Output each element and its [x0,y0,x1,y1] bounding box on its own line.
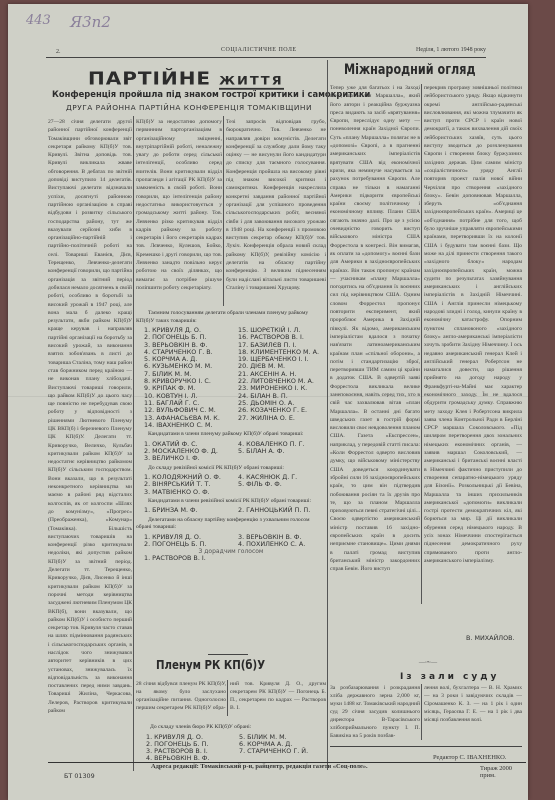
column-rule [421,684,422,740]
issue-date: Неділя, 1 лютого 1948 року [416,47,486,53]
plenum-intro: Таємним голосуванням делегати обрали чле… [136,310,326,325]
column-rule [227,680,228,716]
list-item: 27. ЖИЛІНА О. Е. [238,415,326,422]
party-article-column-1: 27—28 січня делегати другої районної пар… [48,118,132,768]
international-column-1: Тепер уже для багатьох і на Заході ясно,… [330,84,420,604]
list-item: 1. РАСТВОРОВ В. І. [144,555,232,562]
audit-commission-list: 1. КОЛОДЯЖНИЙ О. Ф.4. КАСЯНЮК Д. Г.2. ВІ… [136,474,326,496]
party-article-column-2: КП(б)У за недостатню допомогу первинним … [136,118,222,306]
article-author: В. МИХАЙЛОВ. [466,634,515,642]
section-title-party-life: ПАРТІЙНЕ ЖИТТЯ [88,67,284,89]
list-item [238,455,326,462]
list-item: 5. ФІЛЬ Ф. Ф. [238,481,326,488]
bureau-section: До складу членів бюро РК КП(б)У обрані: … [138,722,326,763]
international-column-2: перекрив програму зовнішньої політики ле… [424,84,522,604]
international-review-title: Міжнародний огляд [344,62,476,78]
list-item: 3. МАТВІЄНКО О. Ф. [144,489,232,496]
candidates-intro: Кандидатами в члени пленуму райкому КП(б… [136,431,326,439]
censor-code: БТ 01309 [64,772,95,780]
ornament-divider: —◦•◦— [398,660,458,666]
list-item: 14. ІВАХНЕНКО С. М. [144,422,232,429]
column-rule [223,116,224,306]
election-lists: Таємним голосуванням делегати обрали чле… [136,308,326,563]
article-headline: Конференція пройшла під знаком гострої к… [52,90,370,100]
party-article-column-3: Тезі запросів відповідав грубо, бюрократ… [226,118,326,306]
print-run: Тираж 2000 прим. [480,765,528,779]
list-item [238,422,326,429]
separator [330,746,522,747]
bureau-intro: До складу членів бюро РК КП(б)У обрані: [138,724,326,732]
newspaper-page: 443 Я3п2 2. СОЦІАЛІСТИЧНЕ ПОЛЕ Неділя, 1… [8,4,528,800]
plenum-column-2: ний тов. Кривуля Д. О., другим секретаре… [230,680,326,716]
list-item: 2. ГАННОЦЬКИЙ П. П. [238,507,326,514]
advisory-delegates-list: 1. РАСТВОРОВ В. І. [136,555,326,562]
list-item: 7. СТАРИЧЕНКО Г. Й. [239,748,326,755]
column-rule [133,116,134,771]
list-item: 3. ВЕЛИЧКО І. Ф. [144,455,232,462]
masthead: 2. СОЦІАЛІСТИЧНЕ ПОЛЕ Неділя, 1 лютого 1… [46,45,486,58]
court-column-2: лення волі, бухгалтера — В. Н. Храмих — … [424,684,522,740]
audit-candidates-intro: Кандидатами в члени ревізійної комісії Р… [136,498,326,506]
plenum-column-1: 28 січня відбувся пленум РК КП(б)У, на я… [136,680,226,716]
plenum-title: Пленум РК КП(б)У [156,658,265,672]
handwritten-archive-number: 443 [26,13,51,28]
list-item: 5. БІЛАН А. Ф. [238,448,326,455]
newspaper-name: СОЦІАЛІСТИЧНЕ ПОЛЕ [221,47,297,53]
column-rule [327,60,328,770]
plenum-members-list: 1. КРИВУЛЯ Д. О.15. ШОРЄТКІЙ І. Л.2. ПОГ… [136,327,326,429]
editor-credit: Редактор С. ІВАХНЕНКО. [433,754,506,761]
editorial-address: Адреса редакції: Томаківський р-н, райце… [151,763,368,770]
separator [208,654,248,655]
list-item: 2. ПОГОНЕЦЬ Б. П. [144,541,232,548]
title-part-b: ЖИТТЯ [219,74,284,89]
page-number: 2. [56,49,61,55]
bureau-list: 1. КРИВУЛЯ Д. О.5. БІЛИК М. М.2. ПОГОНЕЦ… [138,734,326,763]
audit-candidates-list: 1. БРИНЗА М. Ф.2. ГАННОЦЬКИЙ П. П. [136,507,326,514]
list-item: 4. ПОХИЛЕНКО С. А. [238,541,326,548]
court-column-1: За розбазарювання і розкрадання хліба де… [330,684,420,740]
handwritten-mark: Я3п2 [70,13,111,31]
delegates-list: 1. КРИВУЛЯ Д. О.3. ВЕРЬОВКІН В. Ф.2. ПОГ… [136,534,326,549]
list-item: 1. БРИНЗА М. Ф. [144,507,232,514]
court-section-title: Із зали суду [400,672,499,682]
candidates-list: 1. ОКАТИЙ Ф. С.4. КОВАЛЕНКО П. Г.2. МОСК… [136,441,326,463]
column-rule [421,84,422,604]
article-kicker: ДРУГА РАЙОННА ПАРТІЙНА КОНФЕРЕНЦІЯ ТОМАК… [66,103,312,112]
list-item [238,489,326,496]
title-part-a: ПАРТІЙНЕ [88,67,211,89]
audit-intro: До складу ревізійної комісії РК КП(б)У о… [136,465,326,473]
delegates-intro: Делегатами на обласну партійну конференц… [136,517,326,532]
